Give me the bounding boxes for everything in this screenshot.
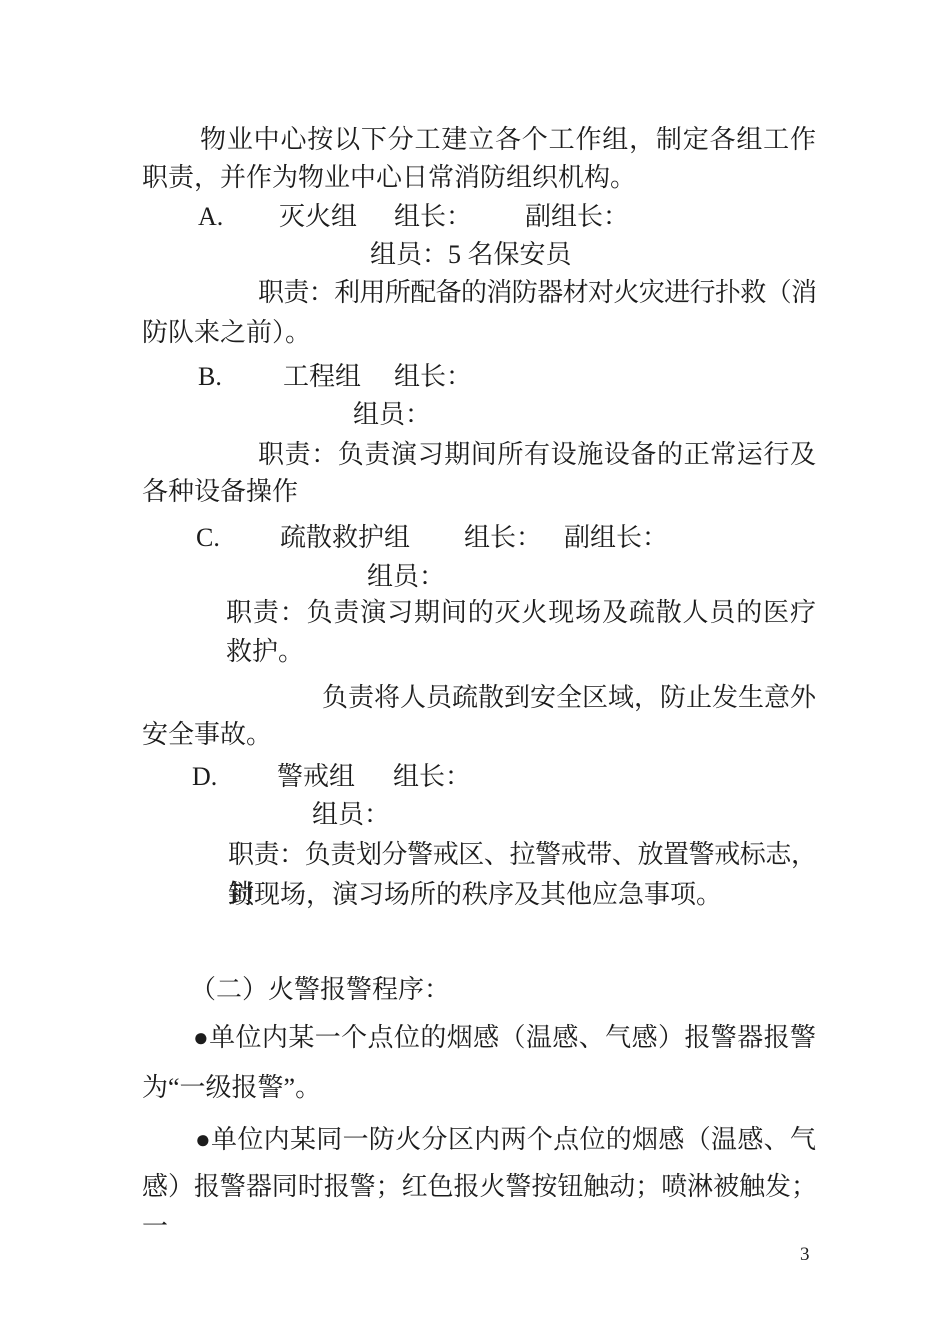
group-a-letter: A. [198, 197, 223, 237]
group-c-name: 疏散救护组 [280, 518, 410, 558]
intro-line-1: 物业中心按以下分工建立各个工作组，制定各组工作 [200, 120, 816, 160]
group-a-members: 组员：5 名保安员 [370, 235, 950, 275]
group-a-duty-line-2: 防队来之前）。 [142, 313, 950, 353]
group-b-duty-line-1: 职责：负责演习期间所有设施设备的正常运行及 [258, 435, 816, 475]
section2-bullet1-line-1: ●单位内某一个点位的烟感（温感、气感）报警器报警 [193, 1018, 816, 1058]
section2-bullet2-line-1: ●单位内某同一防火分区内两个点位的烟感（温感、气 [195, 1120, 816, 1160]
group-a-name: 灭火组 [279, 197, 357, 237]
page-number: 3 [800, 1243, 810, 1267]
intro-line-2: 职责，并作为物业中心日常消防组织机构。 [142, 158, 950, 198]
group-d-leader-label: 组长： [393, 757, 471, 797]
group-c-duty-line-3: 负责将人员疏散到安全区域，防止发生意外 [322, 678, 816, 718]
group-c-letter: C. [196, 518, 220, 558]
group-b-name: 工程组 [283, 357, 361, 397]
group-c-duty-line-2: 救护。 [226, 632, 950, 672]
section2-bullet2-line-2: 感）报警器同时报警；红色报火警按钮触动；喷淋被触发；一 [142, 1167, 816, 1247]
group-c-duty-line-1: 职责：负责演习期间的灭火现场及疏散人员的医疗 [226, 593, 816, 633]
section2-bullet1-line-2: 为“一级报警”。 [142, 1068, 950, 1108]
document-page: 物业中心按以下分工建立各个工作组，制定各组工作 职责，并作为物业中心日常消防组织… [0, 0, 950, 1344]
group-d-letter: D. [192, 757, 217, 797]
group-a-leader-label: 组长： [394, 197, 472, 237]
section2-heading: （二）火警报警程序： [190, 970, 950, 1010]
group-b-duty-line-2: 各种设备操作 [142, 472, 950, 512]
group-d-members: 组员： [312, 795, 950, 835]
group-a-deputy-label: 副组长： [525, 197, 629, 237]
group-d-duty-line-2: 锁现场，演习场所的秩序及其他应急事项。 [228, 875, 950, 915]
group-b-leader-label: 组长： [394, 357, 472, 397]
group-c-deputy-label: 副组长： [564, 518, 668, 558]
group-c-leader-label: 组长： [464, 518, 542, 558]
group-b-letter: B. [198, 357, 222, 397]
group-c-duty-line-4: 安全事故。 [142, 715, 950, 755]
group-d-name: 警戒组 [277, 757, 355, 797]
group-b-members: 组员： [353, 395, 950, 435]
group-a-duty-line-1: 职责：利用所配备的消防器材对火灾进行扑救（消 [258, 273, 816, 313]
group-c-members: 组员： [367, 557, 950, 597]
